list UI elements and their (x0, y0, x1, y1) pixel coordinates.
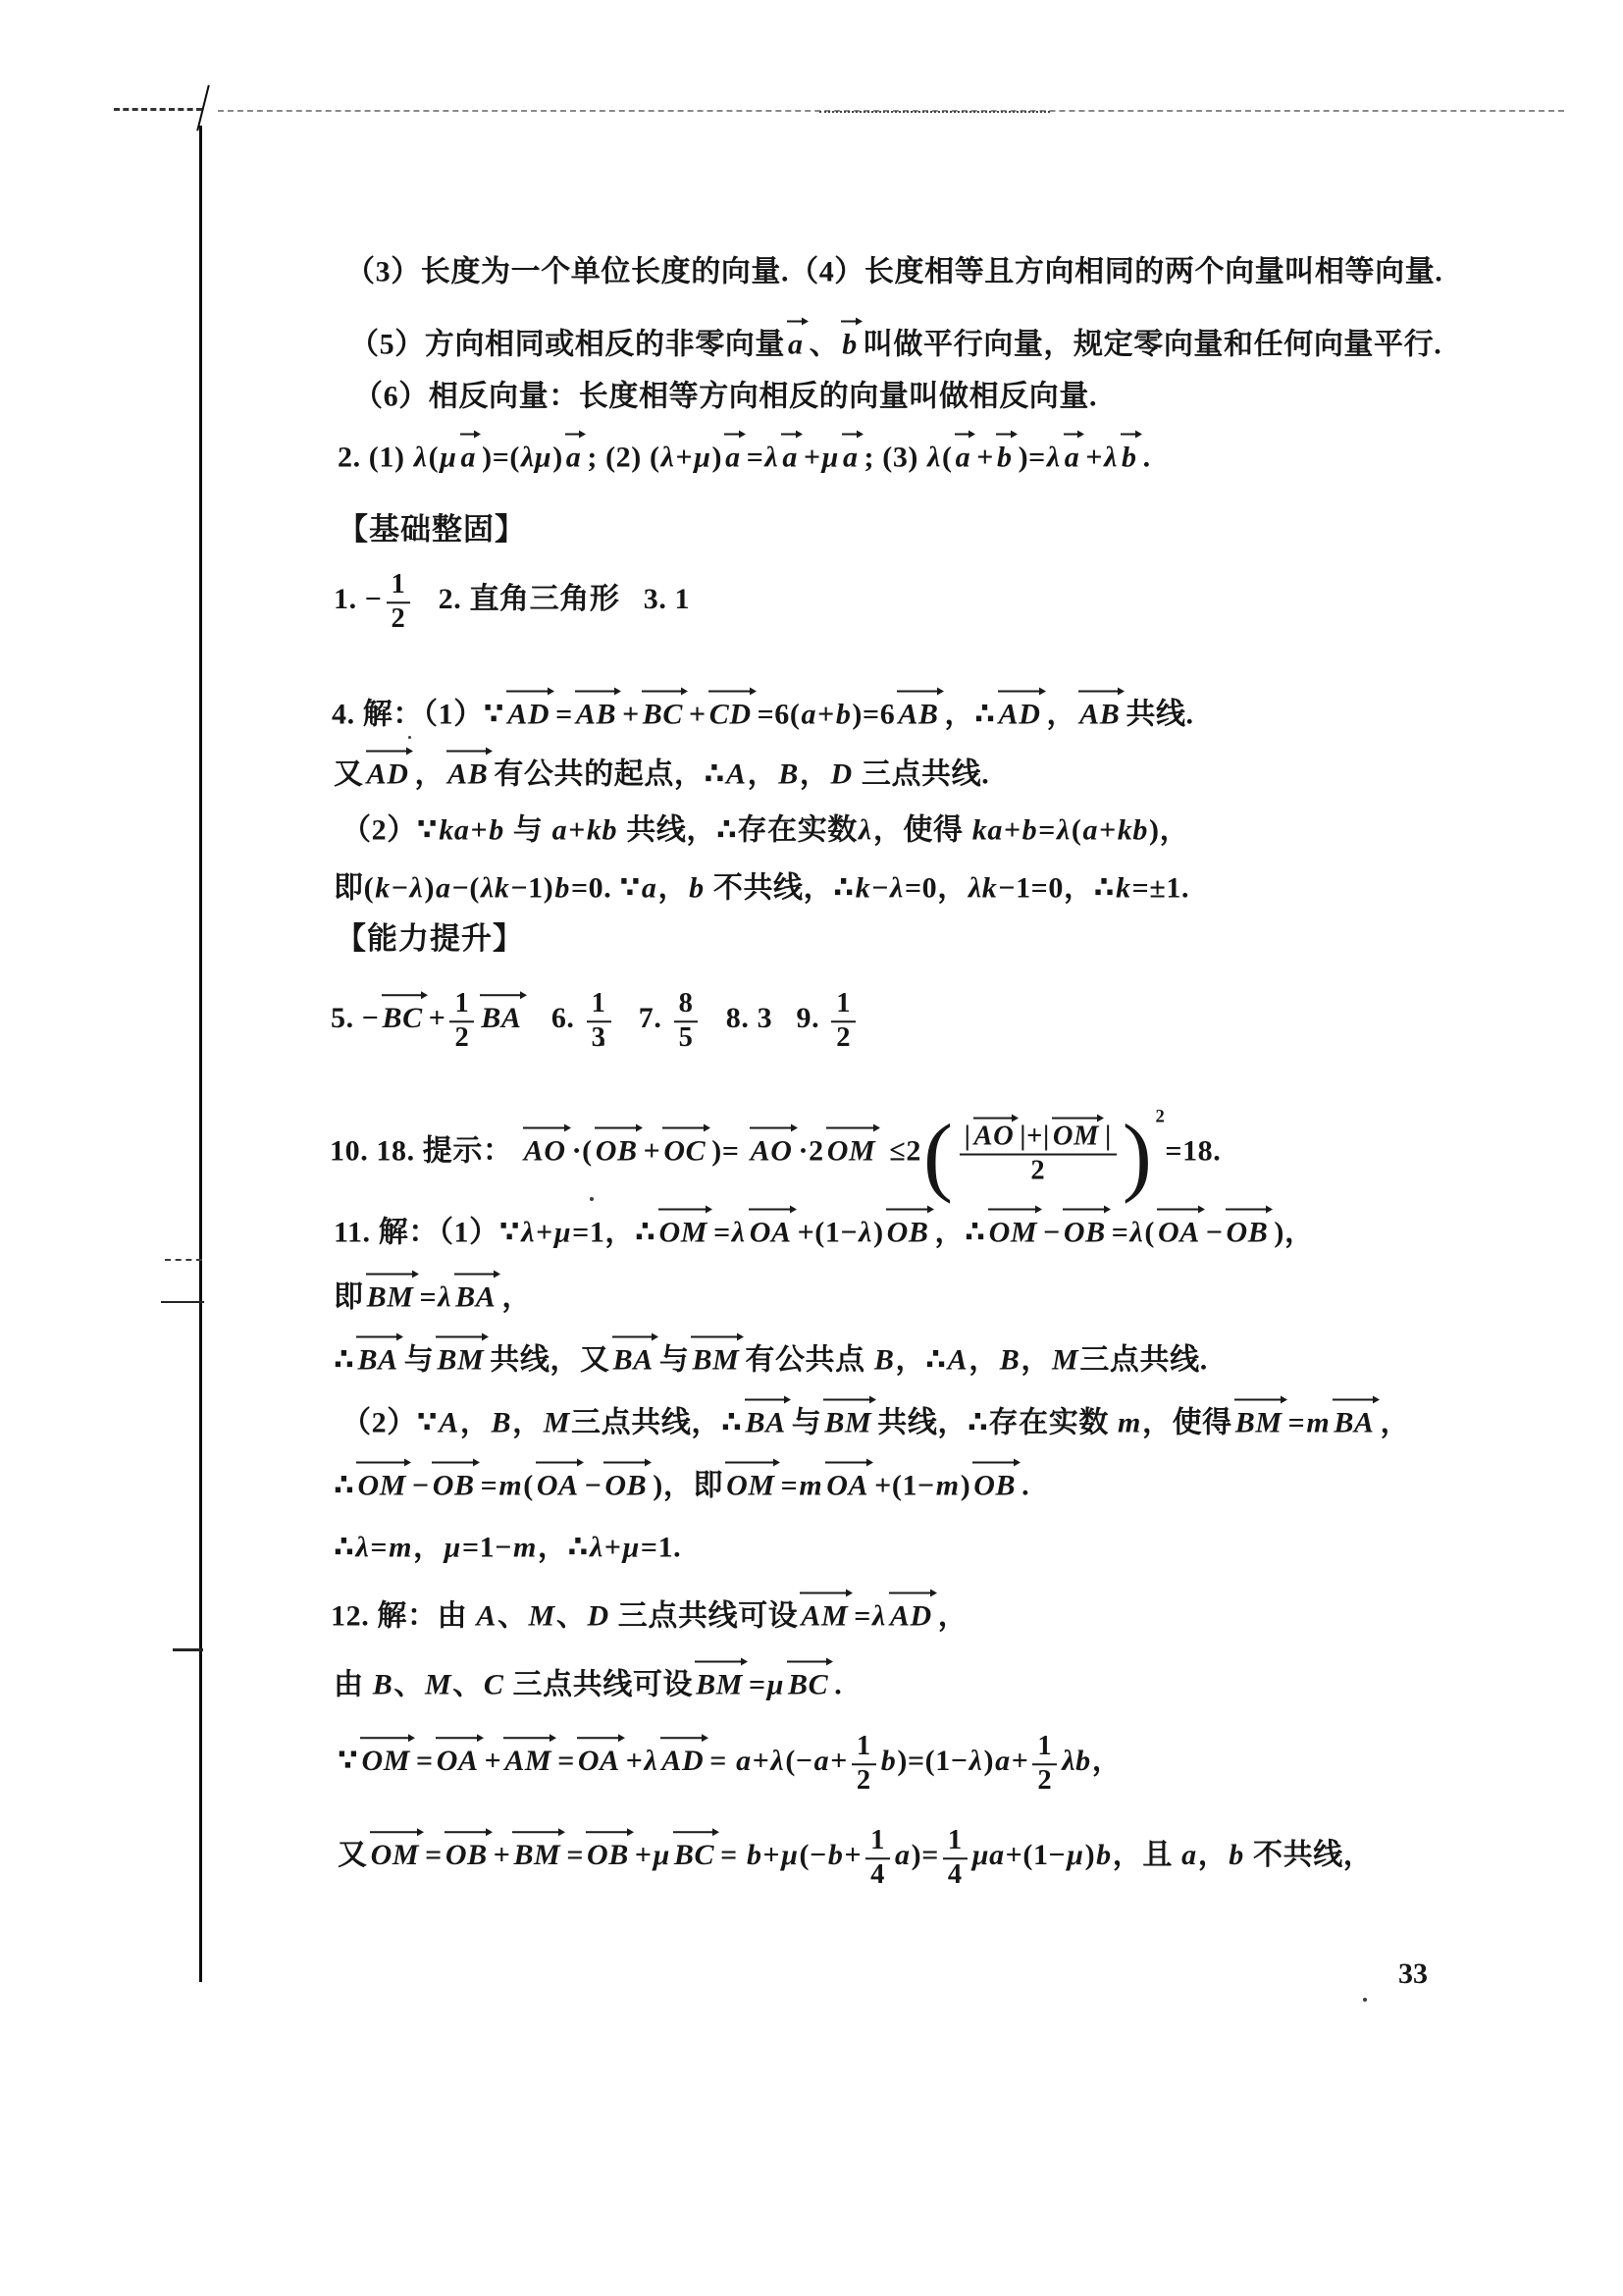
vector-arrow: a (954, 439, 975, 477)
margin-tick (161, 1301, 204, 1303)
fraction: 12 (831, 987, 856, 1054)
vector-arrow: AD (997, 696, 1045, 734)
margin-tick (165, 1259, 202, 1261)
answer-line-item12-3: ∵OM=OA+AM=OA+λAD= a+λ(−a+12b)=(1−λ)a+12λ… (338, 1730, 1122, 1797)
fraction: 12 (449, 987, 474, 1054)
vector-arrow: OM (369, 1836, 424, 1874)
vector-arrow: AD (365, 756, 413, 794)
section-header-ability: 【能力提升】 (336, 919, 524, 959)
vector-arrow: OM (724, 1467, 779, 1505)
vector-arrow: OM (987, 1214, 1042, 1252)
vector-arrow: BC (786, 1666, 832, 1704)
answer-line-item4-4: 即(k−λ)a−(λk−1)b=0. ∵a，b 不共线，∴k−λ=0，λk−1=… (334, 869, 1189, 908)
vector-arrow: OB (602, 1467, 651, 1505)
scan-left-border-line (199, 126, 202, 1982)
vector-arrow: CD (707, 696, 756, 734)
vector-arrow: AD (505, 696, 553, 734)
vector-arrow: AD (659, 1742, 707, 1780)
answer-line-item4-1: 4. 解：（1）∵AD=AB+BC+CD=6(a+b)=6AB，∴AD，AB共线… (332, 696, 1194, 734)
section-header-basic: 【基础整固】 (338, 510, 526, 549)
vector-arrow: OB (431, 1467, 479, 1505)
vector-arrow: OB (594, 1132, 642, 1171)
vector-arrow: AB (896, 696, 942, 734)
vector-arrow: a (780, 439, 802, 477)
vector-arrow: BA (1332, 1404, 1378, 1442)
vector-arrow: OB (444, 1836, 492, 1874)
noise-dot (1363, 1998, 1367, 2002)
answer-line-item11-4: （2）∵A，B，M三点共线，∴BA与BM共线，∴存在实数 m，使得BM=mBA， (341, 1404, 1410, 1442)
answer-line-items-5-9: 5. −BC+12BA 6. 13 7. 85 8. 3 9. 12 (331, 987, 860, 1054)
vector-arrow: OA (576, 1742, 624, 1780)
vector-arrow: AB (574, 696, 620, 734)
vector-arrow: AM (799, 1597, 852, 1636)
vector-arrow: OA (1156, 1214, 1204, 1252)
answer-line-item11-6: ∴λ=m，μ=1−m，∴λ+μ=1. (334, 1529, 681, 1567)
vector-arrow: AB (445, 756, 492, 794)
answer-line-item11-2: 即BM=λBA， (334, 1278, 532, 1317)
vector-arrow: AM (502, 1742, 555, 1780)
vector-arrow: BA (611, 1341, 657, 1380)
answer-line-item12-2: 由 B、M、C 三点共线可设BM=μBC. (334, 1666, 842, 1704)
vector-arrow: BA (744, 1404, 790, 1442)
scan-top-dotted-segment (819, 111, 1050, 113)
noise-dot (408, 736, 411, 739)
fraction: 12 (387, 568, 411, 635)
vector-arrow: BM (511, 1836, 564, 1874)
vector-arrow: OA (748, 1214, 796, 1252)
vector-arrow: b (840, 326, 862, 364)
margin-tick (173, 1648, 203, 1651)
vector-arrow: BM (365, 1278, 418, 1317)
vector-arrow: a (723, 439, 745, 477)
vector-arrow: OM (359, 1742, 414, 1780)
fraction: 13 (587, 987, 611, 1054)
answer-line-item11-1: 11. 解：（1）∵λ+μ=1，∴OM=λOA+(1−λ)OB，∴OM−OB=λ… (334, 1214, 1315, 1252)
fraction: 12 (852, 1730, 876, 1797)
fraction: 14 (865, 1824, 890, 1891)
fraction: 12 (1032, 1730, 1057, 1797)
vector-arrow: OM (825, 1132, 880, 1171)
vector-arrow: BM (694, 1666, 747, 1704)
answer-line-item4-3: （2）∵ka+b 与 a+kb 共线，∴存在实数λ，使得 ka+b=λ(a+kb… (341, 811, 1189, 850)
vector-arrow: OM (657, 1214, 712, 1252)
answer-line-item4-2: 又AD，AB有公共的起点，∴A，B，D 三点共线. (334, 756, 989, 794)
vector-arrow: BA (453, 1278, 499, 1317)
scanned-page: （3）长度为一个单位长度的向量.（4）长度相等且方向相同的两个向量叫相等向量. … (0, 0, 1623, 2296)
vector-arrow: OB (1062, 1214, 1110, 1252)
vector-arrow: a (841, 439, 863, 477)
fraction: 85 (674, 987, 699, 1054)
vector-arrow: OA (535, 1467, 583, 1505)
answer-line-item2: 2. (1) λ(μa)=(λμ)a; (2) (λ+μ)a=λa+μa; (3… (338, 439, 1151, 477)
vector-arrow: OB (1225, 1214, 1273, 1252)
vector-arrow: BM (1233, 1404, 1286, 1442)
scan-top-dash-left (114, 108, 202, 111)
vector-arrow: BM (822, 1404, 875, 1442)
vector-arrow: BC (672, 1836, 718, 1874)
vector-arrow: b (1120, 439, 1141, 477)
vector-arrow: OC (661, 1132, 709, 1171)
vector-arrow: OB (585, 1836, 633, 1874)
vector-arrow: a (786, 326, 808, 364)
vector-arrow: OB (885, 1214, 933, 1252)
vector-arrow: AB (1077, 696, 1124, 734)
vector-arrow: BM (435, 1341, 488, 1380)
vector-arrow: AO (749, 1132, 797, 1171)
vector-arrow: OM (1051, 1122, 1103, 1153)
answer-line-item10: 10. 18. 提示： AO·(OB+OC)= AO·2OM ≤2(|AO|+|… (330, 1106, 1221, 1187)
vector-arrow: OA (435, 1742, 483, 1780)
vector-arrow: BM (690, 1341, 743, 1380)
answer-line-item12-4: 又OM=OB+BM=OB+μBC= b+μ(−b+14a)=14μa+(1−μ)… (338, 1824, 1373, 1891)
vector-arrow: a (459, 439, 481, 477)
vector-arrow: OM (355, 1467, 410, 1505)
vector-arrow: a (1063, 439, 1084, 477)
fraction: 14 (943, 1824, 968, 1891)
answer-line-item12-1: 12. 解：由 A、M、D 三点共线可设AM=λAD， (331, 1597, 968, 1636)
vector-arrow: AO (522, 1132, 570, 1171)
fraction: |AO|+|OM|2 (960, 1121, 1117, 1187)
answer-line-def-6: （6）相反向量：长度相等方向相反的向量叫做相反向量. (353, 378, 1097, 416)
vector-arrow: b (995, 439, 1017, 477)
vector-arrow: OB (971, 1467, 1020, 1505)
vector-arrow: BA (479, 999, 525, 1037)
answer-line-items-1-3: 1. −12 2. 直角三角形 3. 1 (334, 568, 690, 635)
vector-arrow: a (564, 439, 586, 477)
answer-line-item11-5: ∴OM−OB=m(OA−OB)，即OM=mOA+(1−m)OB. (334, 1467, 1029, 1505)
answer-line-def-3-4: （3）长度为一个单位长度的向量.（4）长度相等且方向相同的两个向量叫相等向量. (345, 253, 1442, 291)
vector-arrow: BC (381, 999, 427, 1037)
vector-arrow: BA (355, 1341, 401, 1380)
vector-arrow: OA (824, 1467, 872, 1505)
vector-arrow: AD (888, 1597, 936, 1636)
answer-line-def-5: （5）方向相同或相反的非零向量a、b叫做平行向量，规定零向量和任何向量平行. (349, 326, 1441, 364)
answer-line-item11-3: ∴BA与BM共线，又BA与BM有公共点 B，∴A，B，M三点共线. (334, 1341, 1208, 1380)
page-number: 33 (1398, 1957, 1428, 1991)
vector-arrow: AO (972, 1122, 1019, 1153)
noise-dot (590, 1197, 594, 1201)
vector-arrow: BC (641, 696, 687, 734)
